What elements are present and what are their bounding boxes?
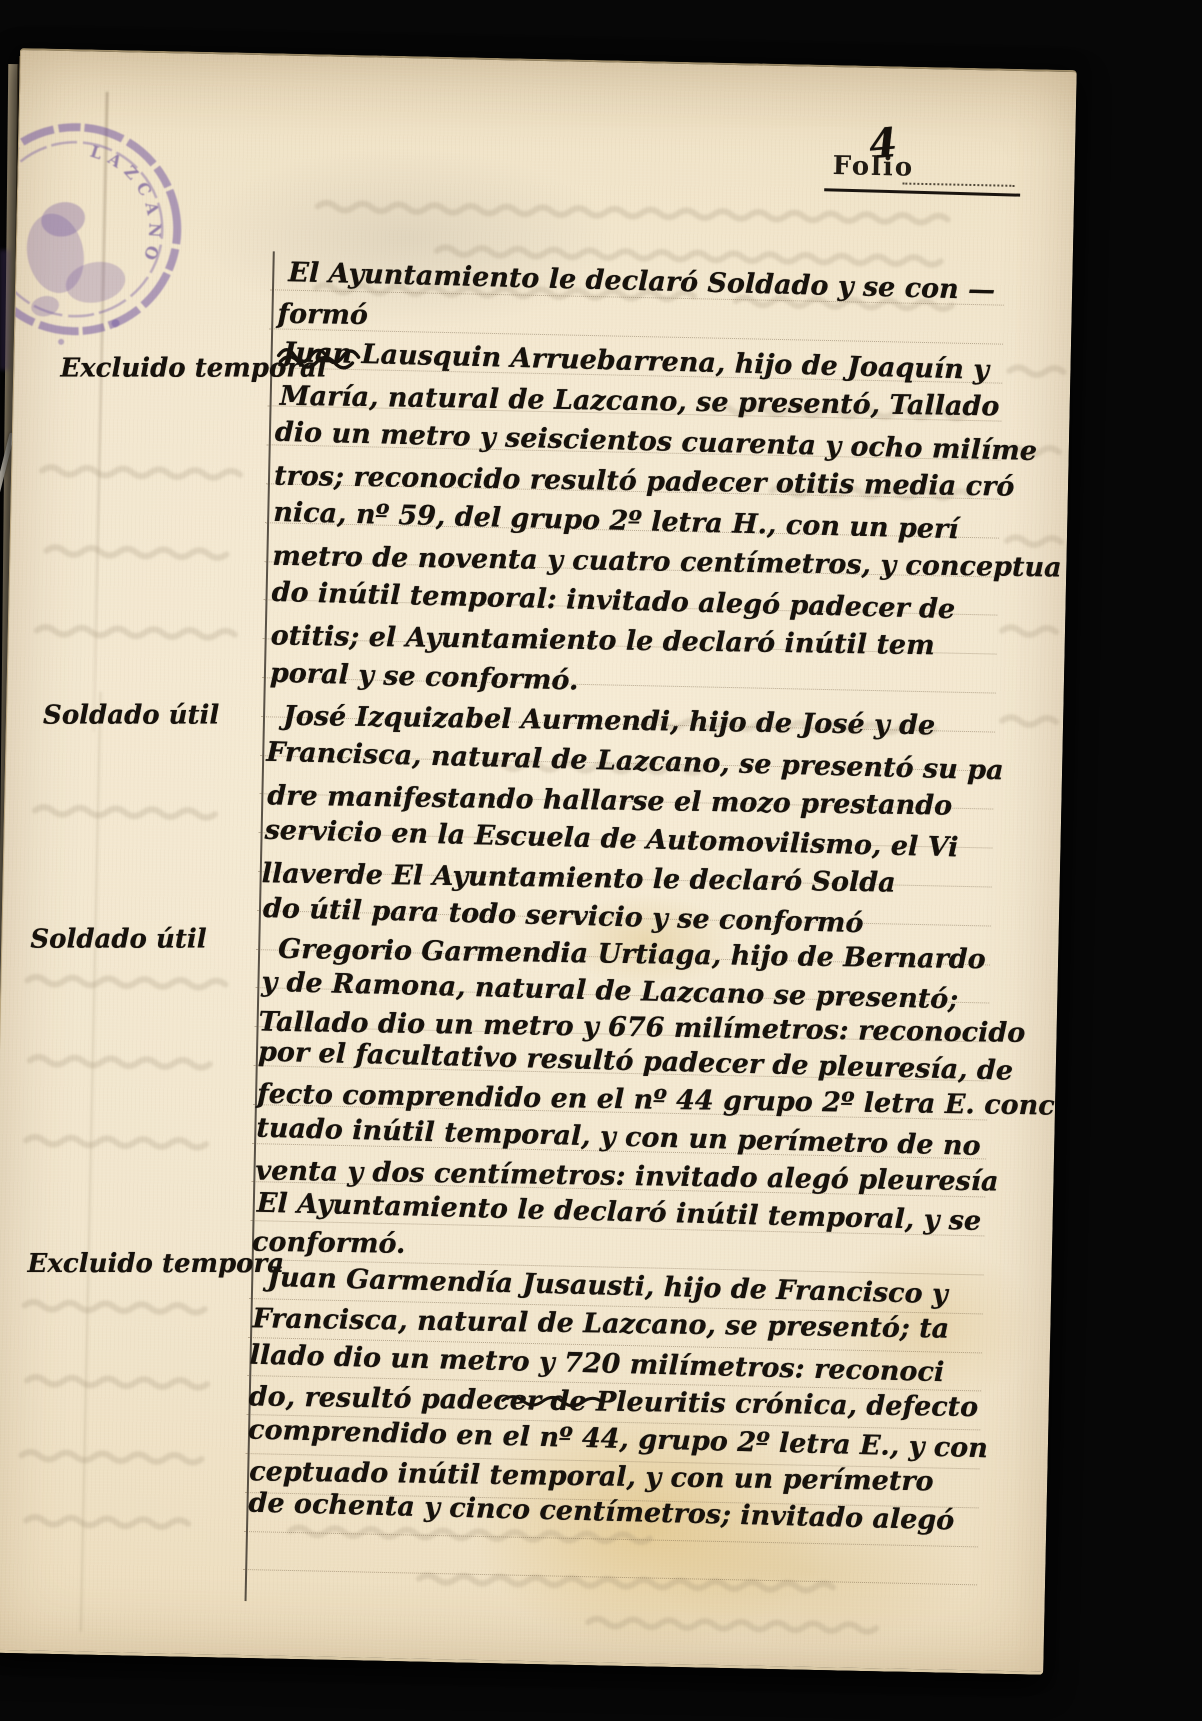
manuscript-line: Juan Lausquin Arruebarrena, hijo de Joaq… [282,336,989,388]
manuscript-line: formó [277,298,368,333]
scanned-document-background: Folio 4 LAZCANO [0,0,1202,1721]
spine-ink-smudge [0,250,10,370]
manuscript-line: otitis; el Ayuntamiento le declaró inúti… [270,619,934,663]
manuscript-line: poral y se conformó. [270,657,579,699]
manuscript-line: José Izquizabel Aurmendi, hijo de José y… [283,700,936,744]
stamp-text: LAZCANO [85,131,173,277]
paper-crease-lower [80,692,102,1632]
margin-note: Soldado útil [43,700,219,730]
svg-text:LAZCANO: LAZCANO [85,131,173,277]
folio-underline [824,188,1020,196]
manuscript-line: do inútil temporal: invitado alegó padec… [271,576,955,627]
folio-dotted-line [902,165,1014,187]
manuscript-page: Folio 4 LAZCANO [0,48,1077,1675]
manuscript-line: El Ayuntamiento le declaró Soldado y se … [288,256,996,308]
manuscript-body: El Ayuntamiento le declaró Soldado y se … [21,50,1077,72]
margin-notes: Excluido temporal Soldado útil Soldado ú… [21,50,1077,72]
paper-smudge [195,144,619,333]
margin-note: Soldado útil [30,924,206,954]
margin-note: Excluido tempora [28,1249,285,1279]
manuscript-line: conformó. [252,1226,406,1262]
ruled-lines [21,50,1077,72]
folio-number: 4 [867,119,899,168]
ruled-line [243,1569,977,1585]
municipal-stamp: LAZCANO [0,97,208,362]
manuscript-line: nica, nº 59, del grupo 2º letra H., con … [273,496,959,547]
